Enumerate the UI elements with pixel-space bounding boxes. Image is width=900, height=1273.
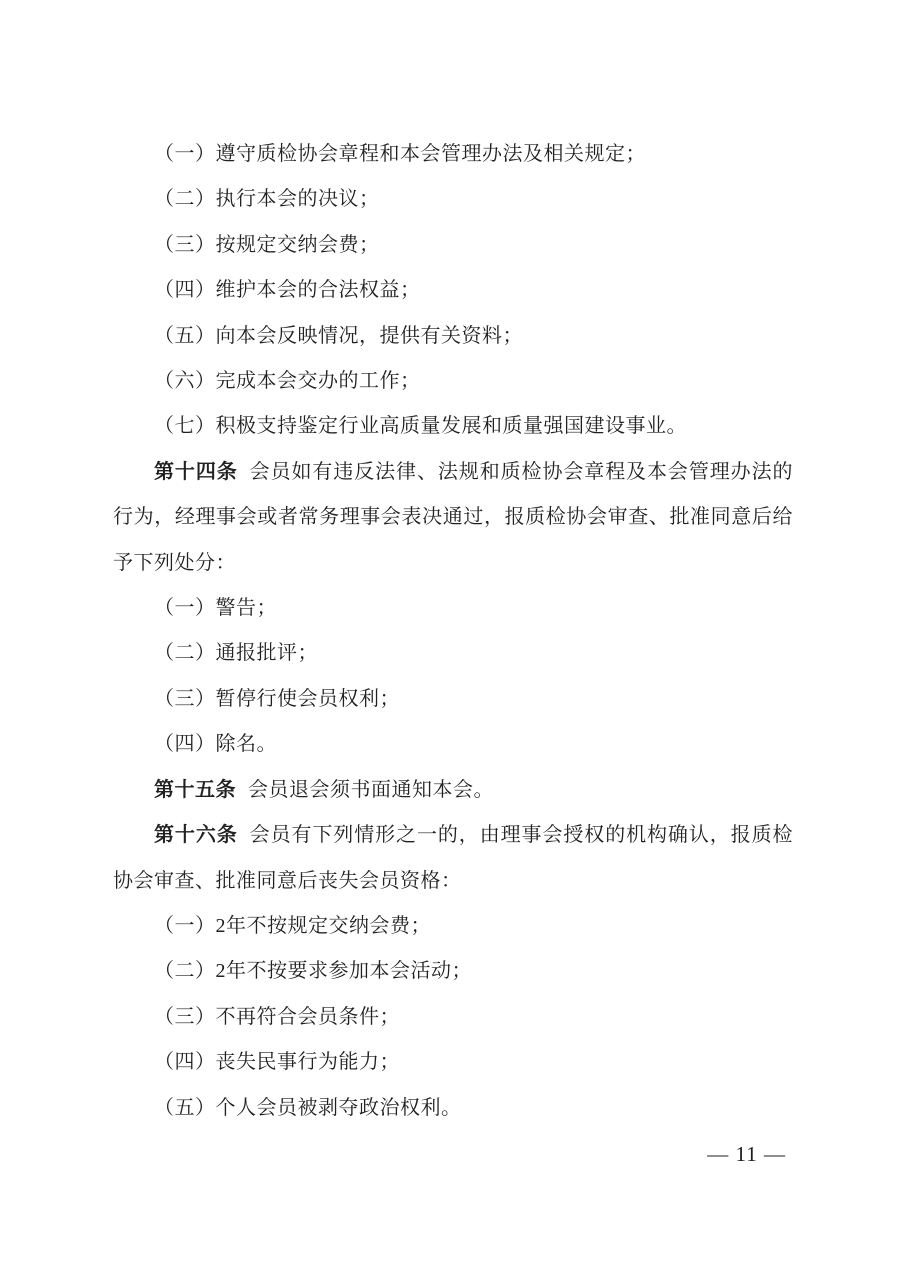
- article-paragraph: 第十五条会员退会须书面通知本会。: [113, 768, 793, 813]
- list-item: （一）2年不按规定交纳会费；: [113, 904, 793, 949]
- article-label: 第十五条: [154, 779, 236, 801]
- article-label: 第十六条: [154, 824, 238, 846]
- page-number: — 11 —: [707, 1142, 786, 1167]
- list-item: （二）通报批评；: [113, 631, 793, 676]
- list-item: （五）向本会反映情况，提供有关资料；: [113, 314, 793, 359]
- list-item: （二）执行本会的决议；: [113, 177, 793, 222]
- article-paragraph: 第十六条会员有下列情形之一的，由理事会授权的机构确认，报质检协会审查、批准同意后…: [113, 813, 793, 904]
- list-item: （三）不再符合会员条件；: [113, 995, 793, 1040]
- list-item: （四）丧失民事行为能力；: [113, 1040, 793, 1085]
- list-item: （六）完成本会交办的工作；: [113, 359, 793, 404]
- list-item: （一）警告；: [113, 586, 793, 631]
- article-body: 会员退会须书面通知本会。: [248, 779, 494, 801]
- list-item: （三）按规定交纳会费；: [113, 223, 793, 268]
- list-item: （五）个人会员被剥夺政治权利。: [113, 1086, 793, 1131]
- list-item: （四）除名。: [113, 722, 793, 767]
- list-item: （三）暂停行使会员权利；: [113, 677, 793, 722]
- list-item: （七）积极支持鉴定行业高质量发展和质量强国建设事业。: [113, 404, 793, 449]
- list-item: （四）维护本会的合法权益；: [113, 268, 793, 313]
- list-item: （二）2年不按要求参加本会活动；: [113, 949, 793, 994]
- document-body: （一）遵守质检协会章程和本会管理办法及相关规定； （二）执行本会的决议； （三）…: [113, 132, 793, 1131]
- article-label: 第十四条: [154, 461, 238, 483]
- document-page: （一）遵守质检协会章程和本会管理办法及相关规定； （二）执行本会的决议； （三）…: [0, 0, 900, 1273]
- list-item: （一）遵守质检协会章程和本会管理办法及相关规定；: [113, 132, 793, 177]
- article-paragraph: 第十四条会员如有违反法律、法规和质检协会章程及本会管理办法的行为，经理事会或者常…: [113, 450, 793, 586]
